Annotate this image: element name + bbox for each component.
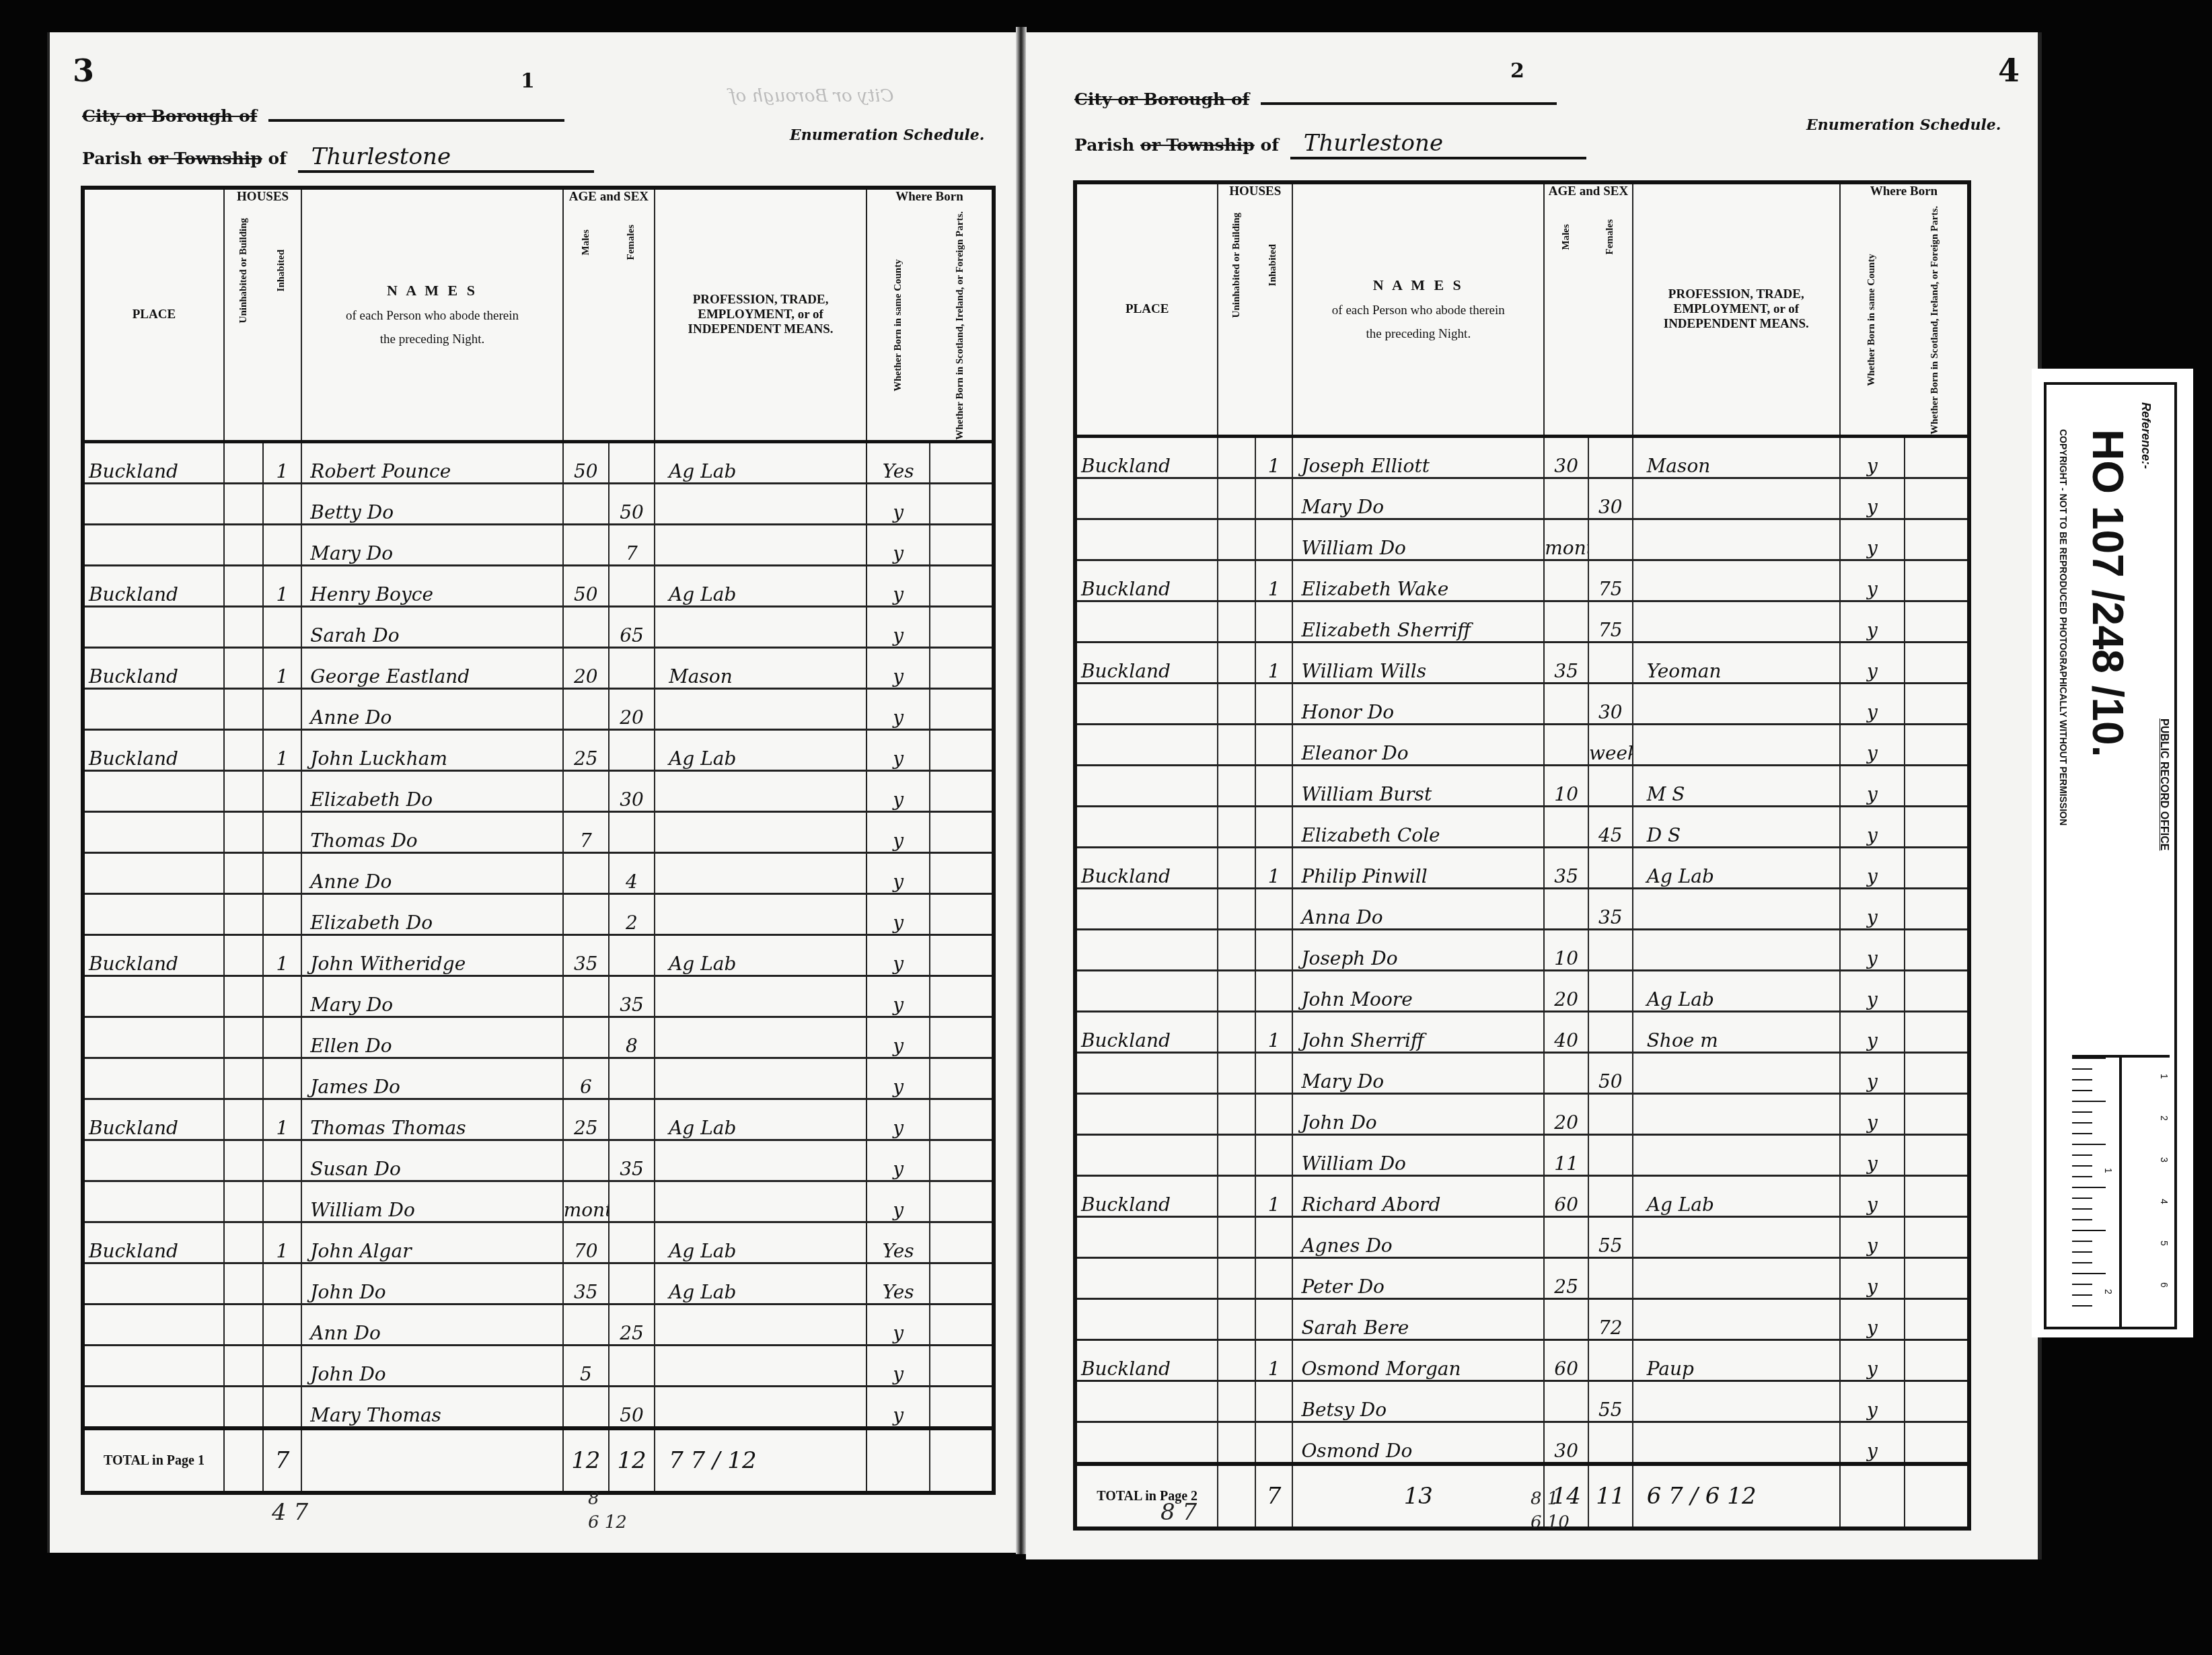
census-row: Buckland1Robert Pounce50Ag LabYes [83,441,994,483]
place-cell: Buckland [83,441,224,483]
occupation-cell [1633,1052,1840,1093]
male-age-cell: 5 [563,1345,609,1386]
male-age-cell: 20 [1544,1093,1588,1134]
female-age-cell [1588,519,1633,560]
born-elsewhere-cell [1905,970,1969,1011]
inhabited-cell: 1 [1255,1339,1293,1381]
census-row: James Do6y [83,1058,994,1099]
uninhabited-cell [1218,1257,1255,1298]
names-title: N A M E S [302,282,562,299]
reference-number: HO 107 /248 /10. [2083,429,2133,757]
reference-slip: Reference:- HO 107 /248 /10. PUBLIC RECO… [2032,369,2193,1337]
born-elsewhere-cell [1905,1257,1969,1298]
folio-number: 2 [1510,59,1524,83]
female-age-cell: 55 [1588,1381,1633,1422]
female-age-cell: 35 [1588,888,1633,929]
uninhabited-cell [1218,724,1255,765]
female-age-cell [1588,1175,1633,1216]
female-age-cell [609,1222,655,1263]
male-age-cell [563,893,609,934]
female-age-cell [609,1099,655,1140]
inhabited-cell [1255,1052,1293,1093]
male-age-cell: 10 [1544,929,1588,970]
where-born-label: Where Born [867,190,992,205]
female-age-cell: 65 [609,606,655,647]
place-cell [1075,1298,1218,1339]
col-inhabited: Inhabited [276,218,287,323]
born-same-county-cell: y [1840,765,1905,806]
female-age-cell: 4 [609,852,655,893]
place-cell [83,770,224,811]
inhabited-cell [1255,1216,1293,1257]
inhabited-cell: 1 [1255,1011,1293,1052]
occupation-cell [655,606,867,647]
scale-tick [2072,1068,2092,1070]
born-elsewhere-cell [1905,683,1969,724]
inhabited-cell [1255,1298,1293,1339]
place-cell: Buckland [83,934,224,976]
born-same-county-cell: y [867,1304,930,1345]
total-females: 12 [609,1428,655,1493]
inhabited-cell [1255,1093,1293,1134]
names-sub1: of each Person who abode therein [302,309,562,324]
occupation-cell: Yeoman [1633,642,1840,683]
city-borough-line: City or Borough of [1074,89,1557,109]
uninhabited-cell [224,441,263,483]
census-row: Joseph Do10y [1075,929,1969,970]
male-age-cell: 35 [1544,642,1588,683]
scale-tick [2072,1198,2092,1199]
uninhabited-cell [224,1140,263,1181]
uninhabited-cell [224,976,263,1017]
female-age-cell: 20 [609,688,655,729]
col-males: Males [581,225,592,260]
uninhabited-cell [1218,1134,1255,1175]
book-spine [1016,27,1027,1554]
male-age-cell [563,1304,609,1345]
inhabited-cell [263,524,302,565]
city-borough-value [1261,102,1557,105]
male-age-cell [1544,601,1588,642]
total-born-2 [1905,1464,1969,1529]
name-cell: Peter Do [1292,1257,1544,1298]
place-cell [83,1345,224,1386]
born-elsewhere-cell [1905,1134,1969,1175]
place-cell: Buckland [1075,1175,1218,1216]
census-row: John Do20y [1075,1093,1969,1134]
female-age-cell: 55 [1588,1216,1633,1257]
born-elsewhere-cell [1905,1175,1969,1216]
female-age-cell [1588,1011,1633,1052]
place-cell [1075,1093,1218,1134]
male-age-cell: 40 [1544,1011,1588,1052]
uninhabited-cell [224,1386,263,1428]
occupation-cell [655,1181,867,1222]
born-elsewhere-cell [930,811,994,852]
col-uninhabited: Uninhabited or Building [1231,213,1243,318]
scale-tick [2072,1176,2092,1177]
inhabited-cell: 1 [1255,560,1293,601]
born-elsewhere-cell [1905,1298,1969,1339]
occupation-cell [1633,1134,1840,1175]
name-cell: Robert Pounce [301,441,562,483]
scale-tick [2072,1165,2092,1167]
born-same-county-cell: y [867,1099,930,1140]
born-elsewhere-cell [1905,1216,1969,1257]
uninhabited-cell [1218,888,1255,929]
name-cell: Elizabeth Wake [1292,560,1544,601]
place-cell: Buckland [83,565,224,606]
inhabited-cell [263,1345,302,1386]
public-record-office-label: PUBLIC RECORD OFFICE [2158,719,2170,850]
place-cell [83,483,224,524]
born-same-county-cell: y [1840,1052,1905,1093]
born-same-county-cell: y [867,729,930,770]
name-cell: George Eastland [301,647,562,688]
inhabited-cell [263,606,302,647]
female-age-cell: 35 [609,976,655,1017]
uninhabited-cell [1218,519,1255,560]
born-same-county-cell: y [867,811,930,852]
born-same-county-cell: Yes [867,441,930,483]
census-row: Buckland1Philip Pinwill35Ag Laby [1075,847,1969,888]
uninhabited-cell [224,1222,263,1263]
occupation-cell [655,770,867,811]
born-same-county-cell: y [1840,1011,1905,1052]
scale-tick [2072,1251,2092,1253]
name-cell: Henry Boyce [301,565,562,606]
scale-tick [2072,1133,2092,1134]
township-label-struck: or Township [1140,135,1255,155]
born-same-county-cell: y [1840,929,1905,970]
total-born-1 [867,1428,930,1493]
col-born-elsewhere: Whether Born in Scotland, Ireland, or Fo… [955,211,966,440]
born-elsewhere-cell [930,1386,994,1428]
born-same-county-cell: y [867,1058,930,1099]
occupation-cell: M S [1633,765,1840,806]
born-same-county-cell: y [867,1345,930,1386]
footer-mark-center-bottom: 6 12 [588,1512,627,1533]
name-cell: Mary Do [1292,478,1544,519]
name-cell: Richard Abord [1292,1175,1544,1216]
place-cell: Buckland [1075,1011,1218,1052]
inhabited-cell [1255,478,1293,519]
inhabited-cell [1255,765,1293,806]
born-same-county-cell: y [1840,1257,1905,1298]
census-row: John Moore20Ag Laby [1075,970,1969,1011]
names-title: N A M E S [1293,277,1543,293]
occupation-cell [1633,1298,1840,1339]
born-same-county-cell: y [867,1140,930,1181]
name-cell: Mary Do [1292,1052,1544,1093]
page-corner-number: 3 [73,52,94,89]
place-cell: Buckland [1075,560,1218,601]
born-same-county-cell: y [867,688,930,729]
uninhabited-cell [1218,1093,1255,1134]
col-age-sex: AGE and SEX Males Females [1544,182,1632,436]
born-elsewhere-cell [930,770,994,811]
inhabited-cell: 1 [263,565,302,606]
place-cell [1075,1381,1218,1422]
name-cell: Elizabeth Sherriff [1292,601,1544,642]
parish-label: Parish [82,149,148,168]
census-row: Betty Do50y [83,483,994,524]
name-cell: Sarah Bere [1292,1298,1544,1339]
total-row: TOTAL in Page 1712127 7 / 12 [83,1428,994,1493]
census-row: Honor Do30y [1075,683,1969,724]
male-age-cell: 10 [1544,765,1588,806]
born-elsewhere-cell [930,934,994,976]
occupation-cell: Ag Lab [655,934,867,976]
uninhabited-cell [224,1099,263,1140]
born-elsewhere-cell [1905,1093,1969,1134]
male-age-cell [1544,560,1588,601]
uninhabited-cell [1218,1011,1255,1052]
col-profession: PROFESSION, TRADE, EMPLOYMENT, or of IND… [1633,182,1840,436]
census-row: Agnes Do55y [1075,1216,1969,1257]
uninhabited-cell [224,852,263,893]
born-elsewhere-cell [1905,478,1969,519]
name-cell: Betty Do [301,483,562,524]
occupation-cell [1633,601,1840,642]
born-elsewhere-cell [1905,1011,1969,1052]
uninhabited-cell [1218,1298,1255,1339]
uninhabited-cell [1218,1339,1255,1381]
scale-tick [2072,1284,2092,1285]
footer-mark-center-bottom: 6 10 [1531,1512,1570,1533]
place-cell [1075,1052,1218,1093]
place-cell [83,976,224,1017]
name-cell: Philip Pinwill [1292,847,1544,888]
male-age-cell [563,852,609,893]
scale-tick [2072,1144,2106,1145]
name-cell: Agnes Do [1292,1216,1544,1257]
born-elsewhere-cell [930,1304,994,1345]
name-cell: Joseph Elliott [1292,436,1544,478]
uninhabited-cell [224,688,263,729]
of-label: of [1255,135,1279,155]
uninhabited-cell [1218,929,1255,970]
total-females: 11 [1588,1464,1633,1529]
census-row: John Do35Ag LabYes [83,1263,994,1304]
census-row: John Do5y [83,1345,994,1386]
township-label-struck: or Township [148,149,262,168]
inhabited-cell [1255,1381,1293,1422]
scale-tick [2072,1090,2092,1091]
male-age-cell: 70 [563,1222,609,1263]
cm-mark: 3 [2159,1157,2170,1163]
female-age-cell: 50 [609,1386,655,1428]
place-cell [83,1140,224,1181]
born-same-county-cell: y [1840,1093,1905,1134]
born-elsewhere-cell [930,852,994,893]
col-houses: HOUSES Uninhabited or Building Inhabited [224,188,301,441]
col-profession: PROFESSION, TRADE, EMPLOYMENT, or of IND… [655,188,867,441]
uninhabited-cell [224,770,263,811]
uninhabited-cell [1218,1422,1255,1464]
col-place: PLACE [83,188,224,441]
uninhabited-cell [224,811,263,852]
born-elsewhere-cell [930,524,994,565]
occupation-cell: Ag Lab [655,441,867,483]
place-cell [1075,1134,1218,1175]
schedule-label: Enumeration Schedule. [1806,116,2001,134]
total-inhabited: 7 [1255,1464,1293,1529]
census-row: Osmond Do30y [1075,1422,1969,1464]
age-sex-label: AGE and SEX [1545,184,1631,199]
census-row: Buckland1Richard Abord60Ag Laby [1075,1175,1969,1216]
census-row: Buckland1Joseph Elliott30Masony [1075,436,1969,478]
occupation-cell: Paup [1633,1339,1840,1381]
census-row: Buckland1Henry Boyce50Ag Laby [83,565,994,606]
place-cell [1075,888,1218,929]
male-age-cell: 35 [563,934,609,976]
male-age-cell [1544,806,1588,847]
occupation-cell: Ag Lab [655,565,867,606]
scale-tick [2072,1079,2092,1080]
census-row: Buckland1John Witheridge35Ag Laby [83,934,994,976]
male-age-cell [1544,1298,1588,1339]
scale-tick [2072,1122,2092,1124]
census-row: Ann Do25y [83,1304,994,1345]
census-row: Eleanor Doweeksy [1075,724,1969,765]
place-cell: Buckland [83,1222,224,1263]
uninhabited-cell [1218,560,1255,601]
total-row: TOTAL in Page 271314116 7 / 6 12 [1075,1464,1969,1529]
inhabited-cell [263,811,302,852]
cm-mark: 5 [2159,1241,2170,1246]
born-same-county-cell: y [1840,1298,1905,1339]
name-cell: William Wills [1292,642,1544,683]
name-cell: Susan Do [301,1140,562,1181]
inhabited-cell: 1 [1255,436,1293,478]
occupation-cell [655,1386,867,1428]
female-age-cell: 75 [1588,601,1633,642]
uninhabited-cell [1218,1175,1255,1216]
female-age-cell [1588,1093,1633,1134]
parish-value: Thurlestone [1290,130,1586,159]
inhabited-cell [263,1058,302,1099]
occupation-cell [655,688,867,729]
col-names: N A M E S of each Person who abode there… [301,188,562,441]
schedule-label: Enumeration Schedule. [790,126,984,144]
born-same-county-cell: y [1840,847,1905,888]
name-cell: Ann Do [301,1304,562,1345]
census-row: Elizabeth Cole45D Sy [1075,806,1969,847]
occupation-cell [1633,519,1840,560]
uninhabited-cell [224,524,263,565]
place-cell [1075,1422,1218,1464]
census-row: Buckland1George Eastland20Masony [83,647,994,688]
place-cell [83,606,224,647]
col-where-born: Where Born Whether Born in same County W… [867,188,994,441]
measurement-scale: 12345612 [2072,1055,2170,1327]
occupation-cell [1633,724,1840,765]
occupation-cell [655,1058,867,1099]
occupation-cell: Mason [655,647,867,688]
census-row: Mary Thomas50y [83,1386,994,1428]
uninhabited-cell [224,647,263,688]
male-age-cell: 6 [563,1058,609,1099]
born-same-county-cell: y [1840,1175,1905,1216]
parish-line: Parish or Township of Thurlestone [1074,130,1586,159]
place-cell: Buckland [83,1099,224,1140]
of-label: of [262,149,287,168]
place-cell [1075,519,1218,560]
place-cell [83,1263,224,1304]
place-cell [1075,970,1218,1011]
born-same-county-cell: Yes [867,1263,930,1304]
born-elsewhere-cell [930,1099,994,1140]
city-borough-label: City or Borough of [1074,89,1249,109]
census-row: Buckland1Osmond Morgan60Paupy [1075,1339,1969,1381]
census-row: Anna Do35y [1075,888,1969,929]
scale-tick [2072,1273,2106,1274]
name-cell: Mary Do [301,524,562,565]
born-elsewhere-cell [930,1222,994,1263]
male-age-cell: 20 [1544,970,1588,1011]
name-cell: Elizabeth Do [301,893,562,934]
inhabited-cell [1255,683,1293,724]
name-cell: Mary Thomas [301,1386,562,1428]
inhabited-cell: 1 [263,729,302,770]
census-row: Buckland1John Luckham25Ag Laby [83,729,994,770]
scale-tick [2072,1187,2106,1188]
place-cell: Buckland [1075,642,1218,683]
cm-mark: 1 [2159,1074,2170,1079]
inhabited-cell [263,1140,302,1181]
uninhabited-cell [224,483,263,524]
occupation-cell [655,811,867,852]
scale-tick [2072,1101,2106,1102]
occupation-cell: Ag Lab [655,729,867,770]
inhabited-cell [1255,1422,1293,1464]
inhabited-cell [263,1263,302,1304]
born-same-county-cell: y [1840,436,1905,478]
name-cell: Eleanor Do [1292,724,1544,765]
male-age-cell: 11 [1544,1134,1588,1175]
census-row: Buckland1John Algar70Ag LabYes [83,1222,994,1263]
male-age-cell: 50 [563,565,609,606]
female-age-cell: 50 [1588,1052,1633,1093]
name-cell: Anna Do [1292,888,1544,929]
male-age-cell: 50 [563,441,609,483]
born-same-county-cell: y [867,524,930,565]
inhabited-cell [1255,1257,1293,1298]
name-cell: Elizabeth Cole [1292,806,1544,847]
born-same-county-cell: y [1840,478,1905,519]
occupation-cell: Mason [1633,436,1840,478]
born-elsewhere-cell [1905,436,1969,478]
name-cell: William Burst [1292,765,1544,806]
census-row: Mary Do50y [1075,1052,1969,1093]
col-names: N A M E S of each Person who abode there… [1292,182,1544,436]
female-age-cell [609,1181,655,1222]
census-row: Susan Do35y [83,1140,994,1181]
place-cell [1075,478,1218,519]
occupation-cell: Ag Lab [1633,970,1840,1011]
name-cell: William Do [1292,1134,1544,1175]
occupation-cell: D S [1633,806,1840,847]
name-cell: Joseph Do [1292,929,1544,970]
male-age-cell: 60 [1544,1175,1588,1216]
place-cell [83,688,224,729]
born-elsewhere-cell [930,729,994,770]
scale-tick [2072,1305,2092,1307]
parish-label: Parish [1074,135,1140,155]
occupation-cell [655,483,867,524]
uninhabited-cell [224,1263,263,1304]
